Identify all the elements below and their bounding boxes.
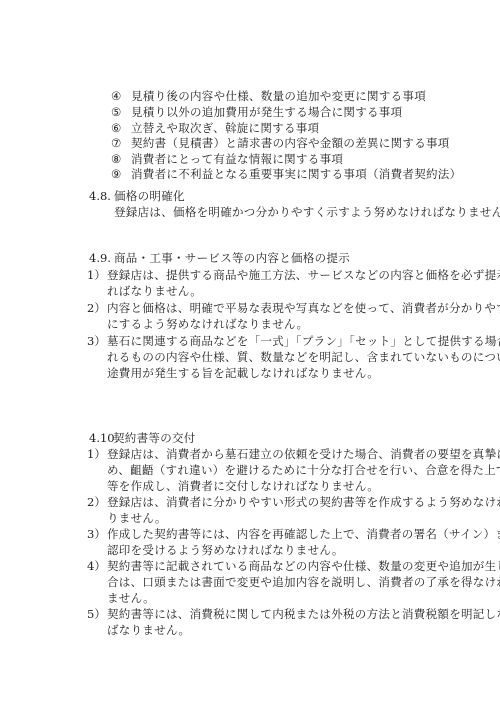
list-item-text: 登録店は、消費者から墓石建立の依頼を受けた場合、消費者の要望を真摯に受け止	[107, 447, 500, 461]
list-item-text: 見積り後の内容や仕様、数量の追加や変更に関する事項	[131, 89, 426, 103]
list-marker: ⑥	[111, 121, 127, 135]
list-item-text: ればなりません。	[107, 284, 202, 298]
list-item: ⑨ 消費者に不利益となる重要事実に関する事項（消費者契約法）	[0, 167, 500, 181]
list-marker: ④	[111, 89, 127, 103]
list-item: ⑤ 見積り以外の追加費用が発生する場合に関する事項	[0, 105, 500, 119]
list-line: 2） 内容と価格は、明確で平易な表現や写真などを使って、消費者が分かりやすい内容	[0, 301, 500, 315]
list-line: ばなりません。	[0, 623, 500, 637]
section-number: 4.8.	[89, 189, 111, 203]
list-item-text: 等を作成し、消費者に交付しなければなりません。	[107, 479, 379, 493]
list-line: りません。	[0, 511, 500, 525]
list-item-text: 内容と価格は、明確で平易な表現や写真などを使って、消費者が分かりやすい内容	[107, 301, 500, 315]
list-line: ません。	[0, 591, 500, 605]
list-line: 1） 登録店は、消費者から墓石建立の依頼を受けた場合、消費者の要望を真摯に受け止	[0, 447, 500, 461]
list-item-text: 作成した契約書等には、内容を再確認した上で、消費者の署名（サイン）または確	[107, 527, 500, 541]
section-heading: 4.9. 商品・工事・サービス等の内容と価格の提示	[0, 251, 500, 265]
list-line: 2） 登録店は、消費者に分かりやすい形式の契約書等を作成するよう努めなければな	[0, 495, 500, 509]
list-item-text: 契約書（見積書）と請求書の内容や金額の差異に関する事項	[131, 136, 450, 150]
section-title: 契約書等の交付	[113, 431, 196, 445]
list-line: め、齟齬（すれ違い）を避けるために十分な打合せを行い、合意を得た上で契約書	[0, 463, 500, 477]
list-item-text: ません。	[107, 591, 155, 605]
section-body: 登録店は、価格を明確かつ分かりやすく示すよう努めなければなりません。	[0, 205, 500, 219]
list-item-text: 認印を受けるよう努めなければなりません。	[107, 543, 344, 557]
list-marker: 1）	[87, 447, 106, 461]
section-heading: 4.10. 契約書等の交付	[0, 431, 500, 445]
list-line: 3） 墓石に関連する商品などを「一式」「プラン」「セット」として提供する場合、含…	[0, 334, 500, 348]
list-item-text: にするよう努めなければなりません。	[107, 317, 308, 331]
list-marker: ⑨	[111, 167, 127, 181]
list-line: 認印を受けるよう努めなければなりません。	[0, 543, 500, 557]
list-marker: ⑧	[111, 152, 127, 166]
list-item-text: ばなりません。	[107, 623, 190, 637]
list-line: 途費用が発生する旨を記載しなければなりません。	[0, 366, 500, 380]
list-item-text: 契約書等には、消費税に関して内税または外税の方法と消費税額を明記しなけれ	[107, 607, 500, 621]
list-line: 合は、口頭または書面で変更や追加内容を説明し、消費者の了承を得なければなり	[0, 575, 500, 589]
list-item-text: 消費者に不利益となる重要事実に関する事項（消費者契約法）	[131, 167, 461, 181]
list-marker: 5）	[87, 607, 106, 621]
section-number: 4.9.	[89, 251, 111, 265]
list-item-text: 立替えや取次ぎ、斡旋に関する事項	[131, 121, 319, 135]
list-item-text: 登録店は、提供する商品や施工方法、サービスなどの内容と価格を必ず提示しなけ	[107, 268, 500, 282]
list-item-text: 消費者にとって有益な情報に関する事項	[131, 152, 343, 166]
section-title: 商品・工事・サービス等の内容と価格の提示	[114, 251, 350, 265]
list-item-text: 登録店は、消費者に分かりやすい形式の契約書等を作成するよう努めなければな	[107, 495, 500, 509]
list-line: れるものの内容や仕様、質、数量などを明記し、含まれていないものについては別	[0, 350, 500, 364]
list-item-text: 契約書等に記載されている商品などの内容や仕様、数量の変更や追加が生じる場	[107, 559, 500, 573]
list-item-text: りません。	[107, 511, 167, 525]
list-marker: 4）	[87, 559, 106, 573]
list-item: ⑥ 立替えや取次ぎ、斡旋に関する事項	[0, 121, 500, 135]
list-line: 等を作成し、消費者に交付しなければなりません。	[0, 479, 500, 493]
list-item: ④ 見積り後の内容や仕様、数量の追加や変更に関する事項	[0, 89, 500, 103]
list-item-text: れるものの内容や仕様、質、数量などを明記し、含まれていないものについては別	[107, 350, 500, 364]
list-line: 3） 作成した契約書等には、内容を再確認した上で、消費者の署名（サイン）または確	[0, 527, 500, 541]
list-line: にするよう努めなければなりません。	[0, 317, 500, 331]
list-item-text: 墓石に関連する商品などを「一式」「プラン」「セット」として提供する場合、含ま	[107, 334, 500, 348]
section-heading: 4.8. 価格の明確化	[0, 189, 500, 203]
list-item: ⑧ 消費者にとって有益な情報に関する事項	[0, 152, 500, 166]
list-marker: ⑤	[111, 105, 127, 119]
list-item-text: 見積り以外の追加費用が発生する場合に関する事項	[131, 105, 402, 119]
list-line: 5） 契約書等には、消費税に関して内税または外税の方法と消費税額を明記しなけれ	[0, 607, 500, 621]
paragraph-text: 登録店は、価格を明確かつ分かりやすく示すよう努めなければなりません。	[114, 205, 500, 219]
list-line: 1） 登録店は、提供する商品や施工方法、サービスなどの内容と価格を必ず提示しなけ	[0, 268, 500, 282]
document-page: ④ 見積り後の内容や仕様、数量の追加や変更に関する事項 ⑤ 見積り以外の追加費用…	[0, 0, 500, 707]
list-marker: 3）	[87, 334, 106, 348]
list-item-text: め、齟齬（すれ違い）を避けるために十分な打合せを行い、合意を得た上で契約書	[107, 463, 500, 477]
list-marker: ⑦	[111, 136, 127, 150]
list-item-text: 途費用が発生する旨を記載しなければなりません。	[107, 366, 379, 380]
list-line: ればなりません。	[0, 284, 500, 298]
list-marker: 2）	[87, 495, 106, 509]
list-item-text: 合は、口頭または書面で変更や追加内容を説明し、消費者の了承を得なければなり	[107, 575, 500, 589]
list-line: 4） 契約書等に記載されている商品などの内容や仕様、数量の変更や追加が生じる場	[0, 559, 500, 573]
list-marker: 3）	[87, 527, 106, 541]
section-title: 価格の明確化	[114, 189, 185, 203]
list-item: ⑦ 契約書（見積書）と請求書の内容や金額の差異に関する事項	[0, 136, 500, 150]
list-marker: 1）	[87, 268, 106, 282]
list-marker: 2）	[87, 301, 106, 315]
